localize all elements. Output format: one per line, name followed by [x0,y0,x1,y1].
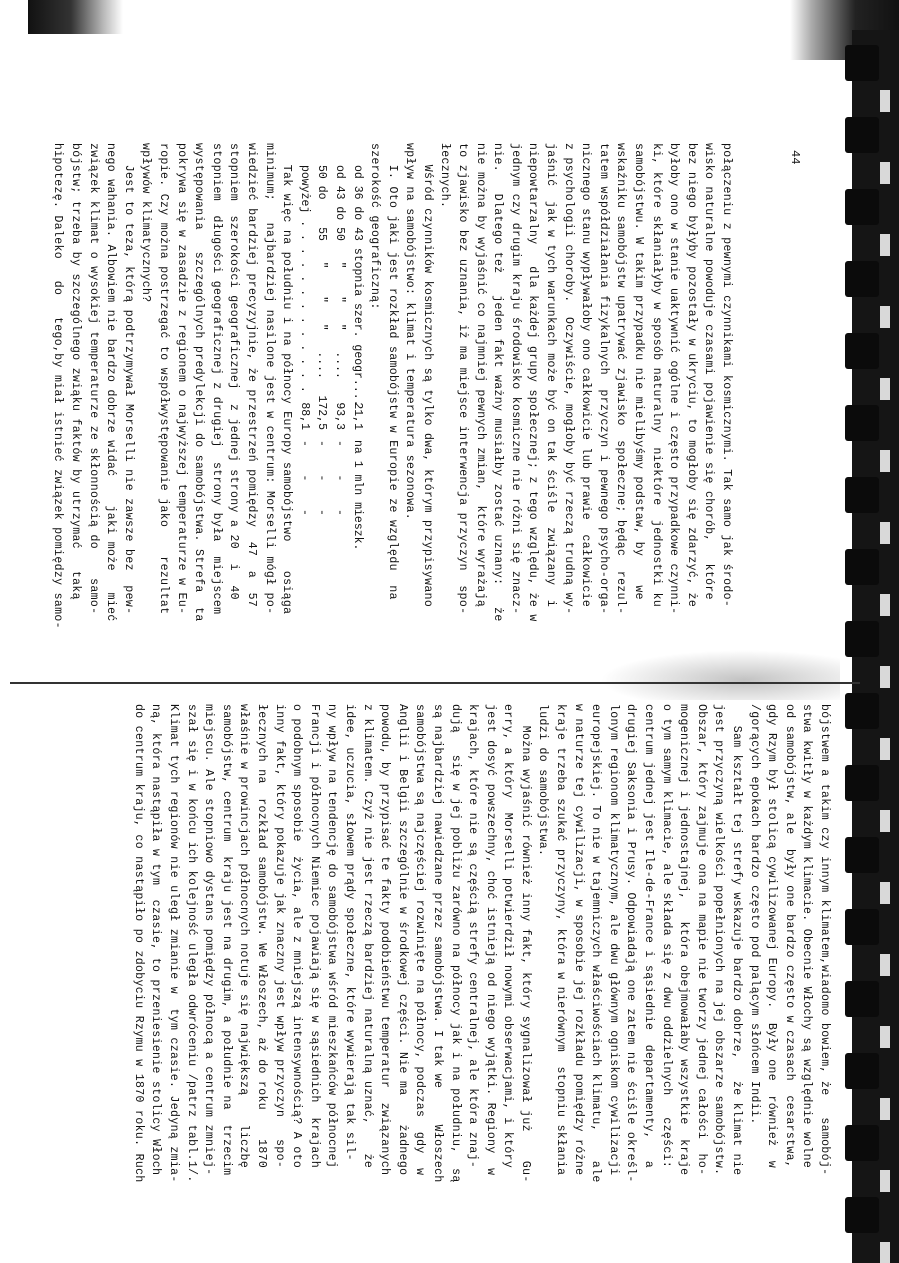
text-line: drugiej Saksonia i Prusy. Odpowiadają on… [622,704,640,1183]
table-cell-unit: na 1 mln mieszk. [348,440,366,610]
binding-gap [880,666,890,688]
table-cell-unit: - - - [295,440,313,610]
text-line: wpływów klimatycznych? [137,143,155,629]
text-line: bójstw; trzeba by szczególnego zwiąku fa… [66,143,84,629]
binding-hole [845,693,879,729]
binding-gap [880,162,890,184]
text-line: lonym regionom klimatycznym, ale dwu głó… [604,704,622,1183]
text-line: I. Oto jaki jest rozkład samobójstw w Eu… [383,143,401,629]
text-line: od samobójstw, ale były one bardzo częst… [780,704,798,1183]
text-line: Obszar, który zajmuje ona na mapie nie t… [692,704,710,1183]
text-line: samobójstw, centrum kraju jest na drugim… [217,704,235,1183]
binding-hole [845,261,879,297]
text-line: stopniem szerokości geograficznej z jedn… [225,143,243,629]
binding-gap [880,738,890,760]
text-line: bójstwem a takim czy innym klimatem,wiad… [815,704,833,1183]
text-line: występowania szczególnych predylekcji do… [190,143,208,629]
binding-hole [845,189,879,225]
table-row: od 43 do 50 " " " ....93,3- - - [330,143,348,629]
text-line: Klimat tych regionów nie uległ zmianie w… [164,704,182,1183]
text-line: są najbardziej nawiedzane przez samobójs… [428,704,446,1183]
text-line: z klimatem. Czyż nie jest rzeczą bardzie… [358,704,376,1183]
table-cell-range: od 36 do 43 stopnia szer. geogr.... [348,143,366,355]
binding-hole [845,405,879,441]
text-line: ludzi do samobójstwa. [534,704,552,1183]
scan-smudge [600,650,840,700]
text-line: stwa kwitły w każdym klimacie. Obecnie W… [798,704,816,1183]
binding-hole [845,1197,879,1233]
text-line: jest dosyć powszechny, choć istnieją od … [481,704,499,1183]
binding-gap [880,594,890,616]
table-cell-value: 21,1 [348,355,366,440]
text-line: miejscu. Ale stopniowo dystans pomiędzy … [200,704,218,1183]
text-line: powodu, by przypisać te fakty podobieńst… [376,704,394,1183]
text-line: łecznych na rozkład samobójstw. We Włosz… [252,704,270,1183]
binding-gap [880,1098,890,1120]
text-line: ną, która nastąpiła w tym czasie, to prz… [147,704,165,1183]
page-divider [10,682,860,684]
binding-gap [880,234,890,256]
text-line: minimum; najbardziej nasilone jest w cen… [260,143,278,629]
text-line: Francji i północnych Niemiec pojawiają s… [305,704,323,1183]
table-cell-unit: - - - [330,440,348,610]
text-line: wiedzieć bardziej precyzyjnie, że przest… [242,143,260,629]
text-line: krajach, które nie są częścią strefy cen… [464,704,482,1183]
text-line: bez niego byłyby pozostały w ukryciu, to… [682,143,700,629]
binding-hole [845,765,879,801]
text-line: jest przyczyną wielkości popełnionych na… [710,704,728,1183]
table-row: od 36 do 43 stopnia szer. geogr....21,1n… [348,143,366,629]
binding-hole [845,333,879,369]
binding-gap [880,306,890,328]
binding-gap [880,1026,890,1048]
text-line: jaśnić jak w tych warunkach może być on … [541,143,559,629]
text-line: hipotezę. Daleko do tego,by miał istnieć… [49,143,67,629]
text-line: centrum jednej jest Ile-de-France i sąsi… [639,704,657,1183]
lower-page-text: bójstwem a takim czy innym klimatem,wiad… [129,704,833,1183]
text-line: niepowtarzalny dla każdej grupy społeczn… [524,143,542,629]
text-line: ki, które skłaniałyby w sposób naturalny… [647,143,665,629]
binding-hole [845,45,879,81]
text-line: Anglii i Belgii szczególnie w środkowej … [393,704,411,1183]
table-row: powyżej . . . . . . . . . . . . .88,1- -… [295,143,313,629]
table-cell-range: 50 do 55 " " " .... [313,143,331,355]
text-line: stopniem długości geograficznej z drugie… [207,143,225,629]
text-line: dują się w jej pobliżu zarówno na północ… [446,704,464,1183]
text-line: związek klimat o wysokiej temperaturze z… [84,143,102,629]
text-line: byłoby ono w stanie uaktywnić ogólne i c… [665,143,683,629]
text-line: idee, uczucia, słowem prądy społeczne, k… [340,704,358,1183]
binding-gap [880,90,890,112]
text-line: erry, a który Morselli potwierdził nowym… [499,704,517,1183]
binding-hole [845,549,879,585]
binding-gap [880,1170,890,1192]
binding-hole [845,837,879,873]
upper-page-text: połączeniu z pewnymi czynnikami kosmiczn… [49,143,735,629]
text-line: wisko naturalne powoduje czasami pojawie… [700,143,718,629]
binding-hole [845,477,879,513]
text-line: nego wahania. Albowiem nie bardzo dobrze… [102,143,120,629]
text-line: jednym czy drugim kraju środowisko kosmi… [506,143,524,629]
binding-gap [880,810,890,832]
text-line: Wśród czynników kosmicznych są tylko dwa… [418,143,436,629]
table-row: 50 do 55 " " " ....172,5- - - [313,143,331,629]
table-cell-unit: - - - [313,440,331,610]
text-line: samobójstwa są najczęściej rozwinięte na… [411,704,429,1183]
text-line: inny fakt, który pokazuje jak znaczny je… [270,704,288,1183]
text-line: szerokość geograficzną: [366,143,384,629]
binding-hole [845,1125,879,1161]
text-line: Można wyjaśnić również inny fakt, który … [516,704,534,1183]
table-cell-value: 172,5 [313,355,331,440]
binding-hole [845,117,879,153]
scan-shadow-top [28,0,123,34]
text-line: europejskiej. To nie w tajemniczych właś… [587,704,605,1183]
binding-gap [880,522,890,544]
binding-gap [880,882,890,904]
text-line: nie. Dlatego też jeden fakt ważny musiał… [489,143,507,629]
text-line: kraje trzeba szukać przyczyny, która w n… [552,704,570,1183]
binding-hole [845,981,879,1017]
binding-gap [880,450,890,472]
text-line: pokrywa się w zasadzie z regionem o najw… [172,143,190,629]
text-line: nie można by wyjaśnić co najmniej pewnyc… [471,143,489,629]
text-line: to zjawisko bez uznania, iż ma miejsce i… [454,143,472,629]
text-line: ny wpływ na tendencję do samobójstwa wśr… [323,704,341,1183]
text-line: łecznych. [436,143,454,629]
text-line: w naturze tej cywilizacji, w sposobie je… [569,704,587,1183]
text-line: o tym samym klimacie, ale składa się z d… [657,704,675,1183]
text-line: Tak więc na południu i na północy Europy… [278,143,296,629]
binding-hole [845,909,879,945]
text-line: wskaźniku samobójstw upatrywać zjawisko … [612,143,630,629]
text-line: wpływ na samobójstwo: klimat i temperatu… [401,143,419,629]
text-line: /gorących epokach bardzo często pod palą… [745,704,763,1183]
text-line: z psychologii choroby. Oczywiście, mogło… [559,143,577,629]
table-cell-value: 88,1 [295,355,313,440]
text-line: o podobnym sposobie życia, ale z mniejsz… [288,704,306,1183]
text-line: połączeniu z pewnymi czynnikami kosmiczn… [717,143,735,629]
binding-hole [845,1053,879,1089]
table-cell-range: powyżej . . . . . . . . . . . . . [295,143,313,355]
text-line: Jest to teza, którą podtrzymywał Morsell… [119,143,137,629]
binding-gap [880,954,890,976]
text-line: właśnie w prowincjach północnych notuje … [235,704,253,1183]
binding-gap [880,378,890,400]
text-line: ropie. Czy można postrzegać to współwyst… [154,143,172,629]
text-line: samobójstwu. W takim przypadku nie mieli… [629,143,647,629]
text-line: szał się i w końcu ich kolejność uległa … [182,704,200,1183]
text-line: do centrum kraju, co nastąpiło po zdobyc… [129,704,147,1183]
suicide-latitude-table: od 36 do 43 stopnia szer. geogr....21,1n… [295,143,365,629]
table-cell-range: od 43 do 50 " " " .... [330,143,348,355]
text-line: tatem współdziałania fizykalnych przyczy… [594,143,612,629]
text-line: gdy Rzym był stolicą cywilizowanej Europ… [763,704,781,1183]
binding-hole [845,621,879,657]
page-number: 44 [788,150,802,164]
text-line: Sam kształt tej strefy wskazuje bardzo d… [727,704,745,1183]
text-line: mogenicznej i jednostajnej, która obejmo… [675,704,693,1183]
table-cell-value: 93,3 [330,355,348,440]
binding-gap [880,1242,890,1263]
text-line: nicznego stanu wypływałoby ono całkowici… [577,143,595,629]
